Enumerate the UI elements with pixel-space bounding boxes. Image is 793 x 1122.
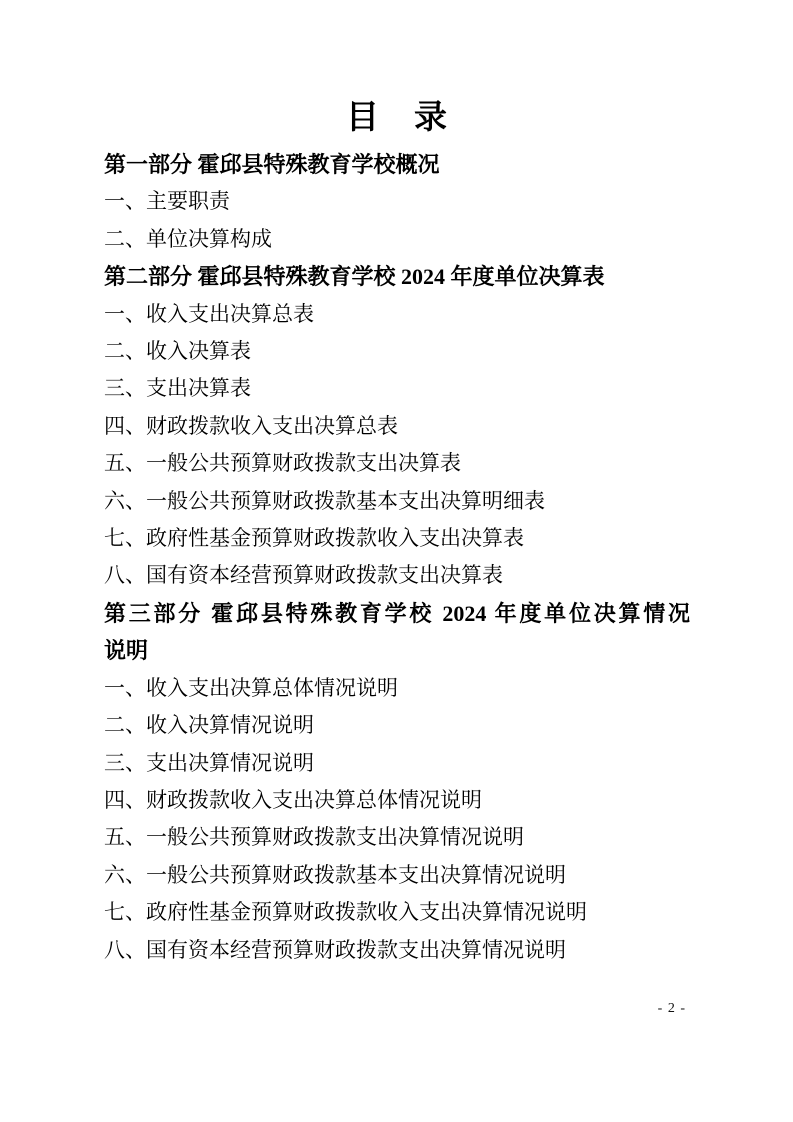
toc-section-part2: 第二部分 霍邱县特殊教育学校 2024 年度单位决算表 一、收入支出决算总表 二… [104,258,690,595]
section-heading: 第一部分 霍邱县特殊教育学校概况 [104,146,690,183]
toc-item: 八、国有资本经营预算财政拨款支出决算情况说明 [104,932,690,969]
section-heading-line2: 说明 [104,632,690,669]
toc-section-part3: 第三部分 霍邱县特殊教育学校 2024 年度单位决算情况 说明 一、收入支出决算… [104,595,690,969]
toc-section-part1: 第一部分 霍邱县特殊教育学校概况 一、主要职责 二、单位决算构成 [104,146,690,258]
toc-item: 七、政府性基金预算财政拨款收入支出决算情况说明 [104,894,690,931]
toc-item: 四、财政拨款收入支出决算总体情况说明 [104,782,690,819]
toc-item: 一、收入支出决算总体情况说明 [104,670,690,707]
toc-item: 六、一般公共预算财政拨款基本支出决算情况说明 [104,857,690,894]
toc-item: 八、国有资本经营预算财政拨款支出决算表 [104,557,690,594]
toc-item: 二、收入决算情况说明 [104,707,690,744]
section-heading: 第二部分 霍邱县特殊教育学校 2024 年度单位决算表 [104,258,690,295]
toc-item: 三、支出决算表 [104,370,690,407]
toc-item: 五、一般公共预算财政拨款支出决算情况说明 [104,819,690,856]
toc-item: 四、财政拨款收入支出决算总表 [104,408,690,445]
toc-item: 六、一般公共预算财政拨款基本支出决算明细表 [104,483,690,520]
toc-item: 一、收入支出决算总表 [104,296,690,333]
toc-item: 三、支出决算情况说明 [104,745,690,782]
toc-item: 二、收入决算表 [104,333,690,370]
page-number: - 2 - [658,1001,686,1017]
toc-item: 七、政府性基金预算财政拨款收入支出决算表 [104,520,690,557]
page-title: 目 录 [104,96,690,140]
section-heading-line1: 第三部分 霍邱县特殊教育学校 2024 年度单位决算情况 [104,595,690,632]
toc-content: 目 录 第一部分 霍邱县特殊教育学校概况 一、主要职责 二、单位决算构成 第二部… [104,96,690,969]
toc-item: 五、一般公共预算财政拨款支出决算表 [104,445,690,482]
toc-item: 一、主要职责 [104,183,690,220]
document-page: 目 录 第一部分 霍邱县特殊教育学校概况 一、主要职责 二、单位决算构成 第二部… [0,0,793,1122]
toc-item: 二、单位决算构成 [104,221,690,258]
